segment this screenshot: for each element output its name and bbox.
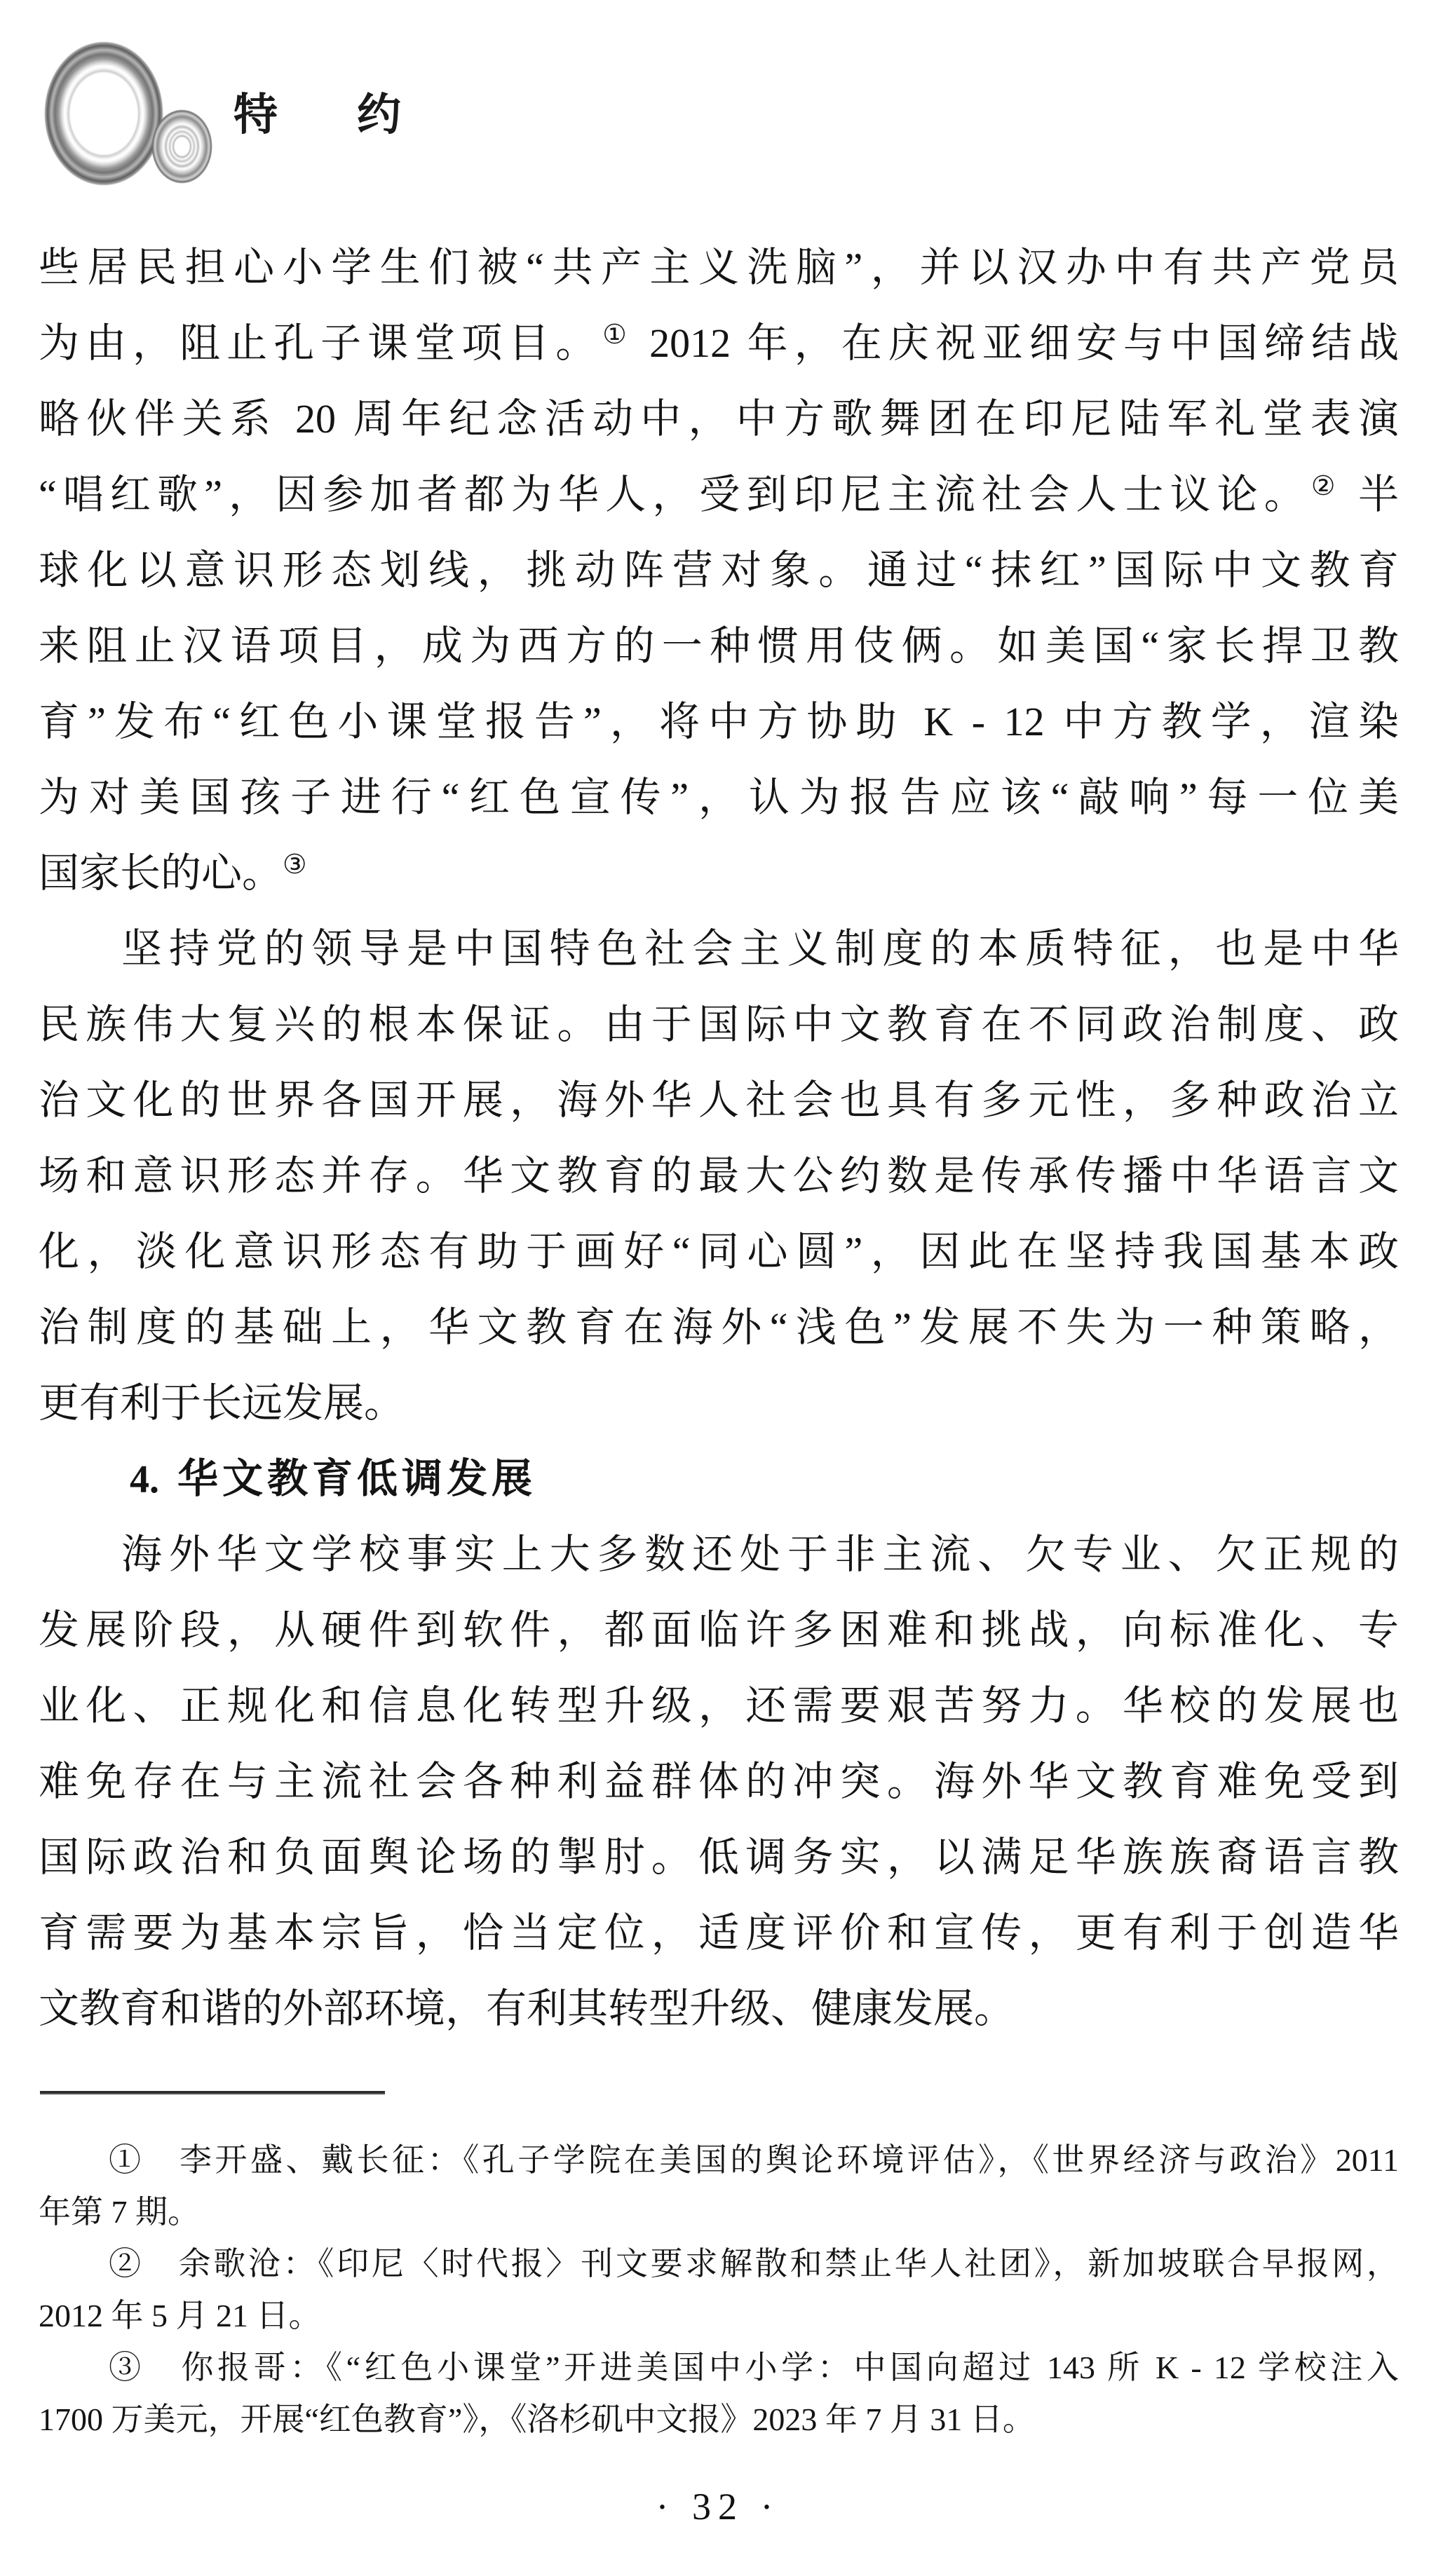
body-line: 育”发布“红色小课堂报告”，将中方协助 K - 12 中方教学，渲染 — [39, 684, 1399, 760]
footnote-separator — [40, 2091, 385, 2094]
footnote-line: 2012 年 5 月 21 日。 — [39, 2290, 1399, 2342]
body-line: 治制度的基础上，华文教育在海外“浅色”发展不失为一种策略， — [39, 1290, 1399, 1365]
footnote-line: 年第 7 期。 — [39, 2186, 1399, 2238]
body-line: 难免存在与主流社会各种利益群体的冲突。海外华文教育难免受到 — [39, 1744, 1399, 1820]
body-line: 化，淡化意识形态有助于画好“同心圆”，因此在坚持我国基本政 — [39, 1214, 1399, 1290]
body-line: 场和意识形态并存。华文教育的最大公约数是传承传播中华语言文 — [39, 1138, 1399, 1214]
footnote-line: ① 李开盛、戴长征：《孔子学院在美国的舆论环境评估》，《世界经济与政治》2011 — [39, 2134, 1399, 2186]
page-number: · 32 · — [0, 2485, 1436, 2528]
body-line: “唱红歌”，因参加者都为华人，受到印尼主流社会人士议论。② 半 — [39, 457, 1399, 533]
large-ring-icon — [44, 41, 163, 186]
section-heading: 4.华文教育低调发展 — [39, 1441, 1399, 1517]
body-line: 国际政治和负面舆论场的掣肘。低调务实，以满足华族族裔语言教 — [39, 1820, 1399, 1895]
body-line: 球化以意识形态划线，挑动阵营对象。通过“抹红”国际中文教育 — [39, 533, 1399, 608]
body-line: 略伙伴关系 20 周年纪念活动中，中方歌舞团在印尼陆军礼堂表演 — [39, 381, 1399, 457]
section-title: 华文教育低调发展 — [177, 1456, 536, 1501]
document-page: 特约 些居民担心小学生们被“共产主义洗脑”，并以汉办中有共产党员 为由，阻止孔子… — [0, 0, 1436, 2576]
section-number: 4. — [130, 1458, 159, 1501]
footnote-line: ② 余歌沧：《印尼〈时代报〉刊文要求解散和禁止华人社团》，新加坡联合早报网， — [39, 2238, 1399, 2290]
body-line: 些居民担心小学生们被“共产主义洗脑”，并以汉办中有共产党员 — [39, 230, 1399, 306]
footnote-line: ③ 你报哥：《“红色小课堂”开进美国中小学：中国向超过 143 所 K - 12… — [39, 2342, 1399, 2394]
small-ring-icon — [151, 109, 212, 184]
body-line: 坚持党的领导是中国特色社会主义制度的本质特征，也是中华 — [39, 911, 1399, 987]
body-line: 来阻止汉语项目，成为西方的一种惯用伎俩。如美国“家长捍卫教 — [39, 608, 1399, 684]
journal-logo-icon — [0, 0, 231, 196]
footnote-line: 1700 万美元，开展“红色教育”》，《洛杉矶中文报》2023 年 7 月 31… — [39, 2394, 1399, 2446]
body-line: 业化、正规化和信息化转型升级，还需要艰苦努力。华校的发展也 — [39, 1668, 1399, 1744]
body-line: 治文化的世界各国开展，海外华人社会也具有多元性，多种政治立 — [39, 1063, 1399, 1138]
body-line: 国家长的心。③ — [39, 836, 1399, 911]
column-title: 特约 — [233, 90, 480, 140]
body-line: 更有利于长远发展。 — [39, 1365, 1399, 1441]
body-line: 发展阶段，从硬件到软件，都面临许多困难和挑战，向标准化、专 — [39, 1593, 1399, 1668]
body-line: 海外华文学校事实上大多数还处于非主流、欠专业、欠正规的 — [39, 1517, 1399, 1593]
body-line: 为对美国孩子进行“红色宣传”，认为报告应该“敲响”每一位美 — [39, 760, 1399, 836]
body-line: 文教育和谐的外部环境，有利其转型升级、健康发展。 — [39, 1971, 1399, 2047]
footnotes: ① 李开盛、戴长征：《孔子学院在美国的舆论环境评估》，《世界经济与政治》2011… — [39, 2134, 1399, 2446]
body-text: 些居民担心小学生们被“共产主义洗脑”，并以汉办中有共产党员 为由，阻止孔子课堂项… — [39, 230, 1399, 2047]
body-line: 民族伟大复兴的根本保证。由于国际中文教育在不同政治制度、政 — [39, 987, 1399, 1063]
body-line: 为由，阻止孔子课堂项目。① 2012 年，在庆祝亚细安与中国缔结战 — [39, 306, 1399, 381]
body-line: 育需要为基本宗旨，恰当定位，适度评价和宣传，更有利于创造华 — [39, 1895, 1399, 1971]
